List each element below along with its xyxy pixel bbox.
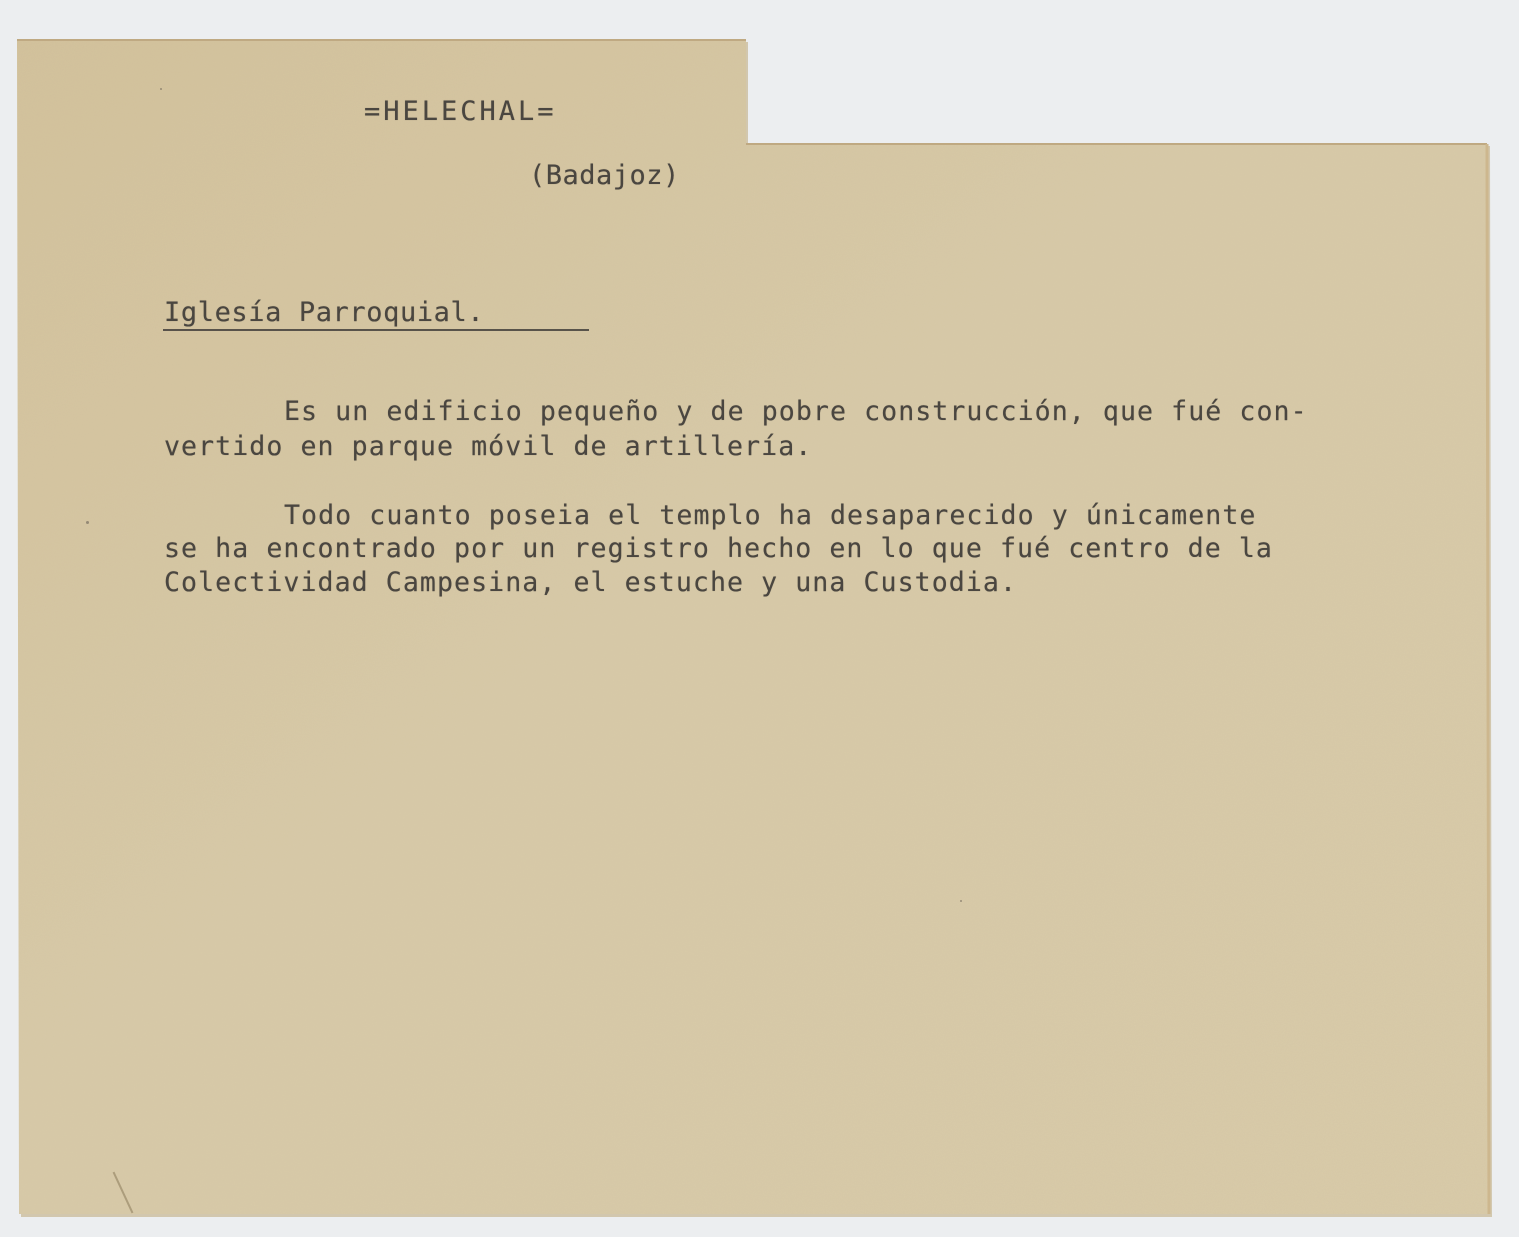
heading-underline: [163, 329, 589, 331]
paper-speck: [86, 521, 89, 524]
section-heading: Iglesía Parroquial.: [164, 297, 484, 328]
scan-stage: =HELECHAL= (Badajoz) Iglesía Parroquial.…: [0, 0, 1519, 1237]
paragraph-2-line-1: Todo cuanto poseia el templo ha desapare…: [284, 500, 1256, 531]
paper-speck: [960, 900, 962, 902]
paper-sheet: [0, 0, 1519, 1237]
paper-speck: [160, 88, 162, 90]
document-title: =HELECHAL=: [364, 96, 557, 127]
paragraph-1-line-2: vertido en parque móvil de artillería.: [164, 431, 812, 462]
document-subtitle: (Badajoz): [529, 160, 680, 191]
paragraph-1-line-1: Es un edificio pequeño y de pobre constr…: [284, 396, 1308, 427]
paragraph-2-line-2: se ha encontrado por un registro hecho e…: [164, 533, 1273, 564]
paragraph-2-line-3: Colectividad Campesina, el estuche y una…: [164, 567, 1017, 598]
